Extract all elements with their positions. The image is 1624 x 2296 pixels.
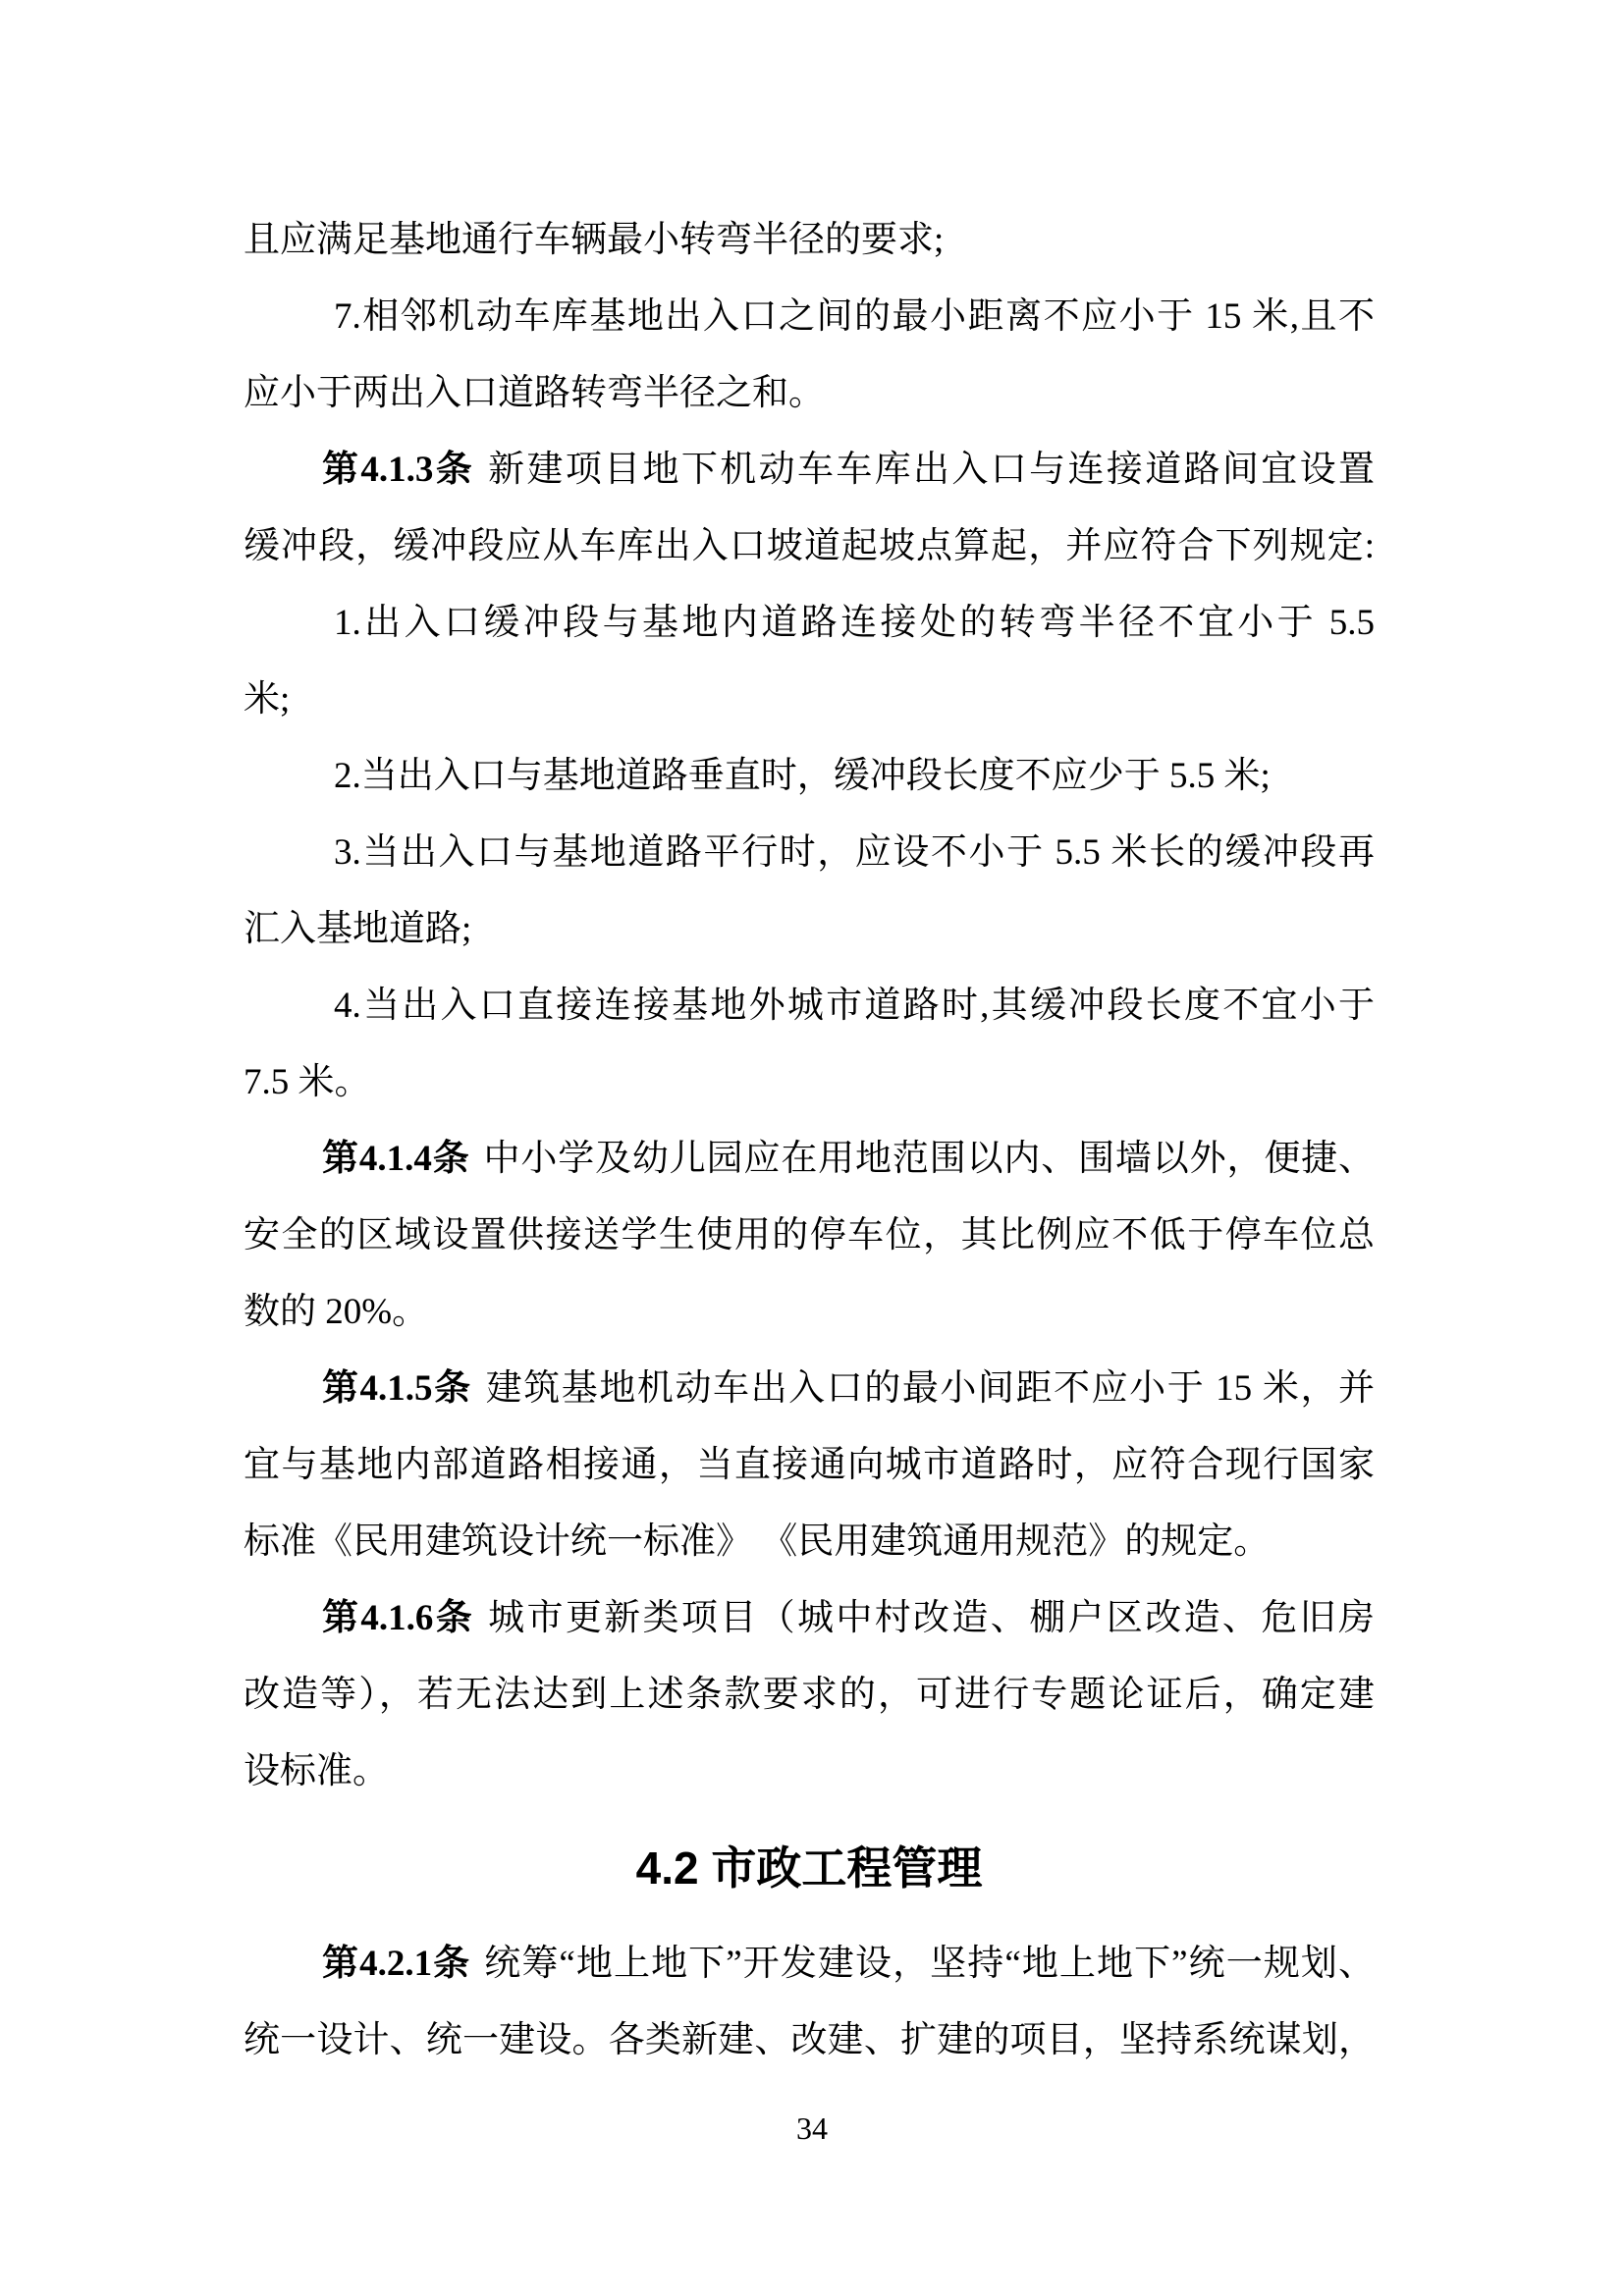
text-line: 改造等），若无法达到上述条款要求的，可进行专题论证后，确定建: [244, 1657, 1375, 1734]
line-text: 4.当出入口直接连接基地外城市道路时,其缓冲段长度不宜小于: [334, 986, 1375, 1026]
line-text: 7.相邻机动车库基地出入口之间的最小距离不应小于 15 米,且不: [334, 296, 1375, 337]
line-text: 新建项目地下机动车车库出入口与连接道路间宜设置: [488, 450, 1375, 490]
line-text: 数的 20%。: [244, 1292, 428, 1332]
line-text: 缓冲段，缓冲段应从车库出入口坡道起坡点算起，并应符合下列规定:: [244, 526, 1375, 566]
clause-number: 第4.1.5条: [322, 1368, 472, 1409]
line-text: 统筹“地上地下”开发建设，坚持“地上地下”统一规划、: [484, 1944, 1375, 1984]
line-text: 米;: [244, 679, 290, 720]
line-text: 汇入基地道路;: [244, 909, 471, 949]
line-text: 中小学及幼儿园应在用地范围以内、围墙以外，便捷、: [484, 1139, 1375, 1179]
text-line: 第4.1.4条中小学及幼儿园应在用地范围以内、围墙以外，便捷、: [244, 1121, 1375, 1198]
text-line: 1.出入口缓冲段与基地内道路连接处的转弯半径不宜小于 5.5: [244, 585, 1375, 662]
text-line: 第4.1.5条建筑基地机动车出入口的最小间距不应小于 15 米，并: [244, 1351, 1375, 1427]
line-text: 3.当出入口与基地道路平行时，应设不小于 5.5 米长的缓冲段再: [334, 832, 1375, 873]
line-text: 2.当出入口与基地道路垂直时，缓冲段长度不应少于 5.5 米;: [334, 756, 1271, 796]
text-line: 缓冲段，缓冲段应从车库出入口坡道起坡点算起，并应符合下列规定:: [244, 508, 1375, 585]
text-line: 宜与基地内部道路相接通，当直接通向城市道路时，应符合现行国家: [244, 1427, 1375, 1504]
line-text: 改造等），若无法达到上述条款要求的，可进行专题论证后，确定建: [244, 1675, 1375, 1715]
clause-number: 第4.2.1条: [322, 1944, 470, 1984]
line-text: 应小于两出入口道路转弯半径之和。: [244, 373, 825, 413]
text-line: 4.当出入口直接连接基地外城市道路时,其缓冲段长度不宜小于: [244, 968, 1375, 1044]
document-page: 且应满足基地通行车辆最小转弯半径的要求;7.相邻机动车库基地出入口之间的最小距离…: [0, 0, 1624, 2296]
text-line: 且应满足基地通行车辆最小转弯半径的要求;: [244, 202, 1375, 279]
text-line: 数的 20%。: [244, 1274, 1375, 1351]
text-line: 应小于两出入口道路转弯半径之和。: [244, 355, 1375, 432]
clause-number: 第4.1.4条: [322, 1139, 470, 1179]
text-line: 安全的区域设置供接送学生使用的停车位，其比例应不低于停车位总: [244, 1198, 1375, 1274]
line-text: 设标准。: [244, 1751, 389, 1791]
line-text: 建筑基地机动车出入口的最小间距不应小于 15 米，并: [486, 1368, 1375, 1409]
line-text: 标准《民用建筑设计统一标准》 《民用建筑通用规范》的规定。: [244, 1522, 1270, 1562]
text-line: 汇入基地道路;: [244, 891, 1375, 968]
text-line: 第4.1.3条新建项目地下机动车车库出入口与连接道路间宜设置: [244, 432, 1375, 508]
page-number: 34: [0, 2089, 1624, 2167]
text-line: 第4.1.6条城市更新类项目（城中村改造、棚户区改造、危旧房: [244, 1580, 1375, 1657]
line-text: 城市更新类项目（城中村改造、棚户区改造、危旧房: [488, 1598, 1375, 1638]
text-line: 标准《民用建筑设计统一标准》 《民用建筑通用规范》的规定。: [244, 1504, 1375, 1580]
text-line: 设标准。: [244, 1734, 1375, 1810]
line-text: 安全的区域设置供接送学生使用的停车位，其比例应不低于停车位总: [244, 1215, 1375, 1255]
line-text: 7.5 米。: [244, 1062, 371, 1102]
line-text: 宜与基地内部道路相接通，当直接通向城市道路时，应符合现行国家: [244, 1445, 1375, 1485]
text-line: 7.相邻机动车库基地出入口之间的最小距离不应小于 15 米,且不: [244, 279, 1375, 355]
text-line: 统一设计、统一建设。各类新建、改建、扩建的项目，坚持系统谋划，: [244, 2002, 1375, 2079]
line-text: 且应满足基地通行车辆最小转弯半径的要求;: [244, 220, 944, 260]
line-text: 1.出入口缓冲段与基地内道路连接处的转弯半径不宜小于 5.5: [334, 603, 1375, 643]
clause-number: 第4.1.3条: [322, 450, 474, 490]
line-text: 统一设计、统一建设。各类新建、改建、扩建的项目，坚持系统谋划，: [244, 2020, 1375, 2060]
text-line: 7.5 米。: [244, 1044, 1375, 1121]
section-heading: 4.2 市政工程管理: [244, 1810, 1375, 1926]
clause-number: 第4.1.6条: [322, 1598, 474, 1638]
text-line: 2.当出入口与基地道路垂直时，缓冲段长度不应少于 5.5 米;: [244, 738, 1375, 815]
paragraph-lines-lower: 第4.2.1条统筹“地上地下”开发建设，坚持“地上地下”统一规划、统一设计、统一…: [244, 1926, 1375, 2079]
text-line: 第4.2.1条统筹“地上地下”开发建设，坚持“地上地下”统一规划、: [244, 1926, 1375, 2002]
text-line: 米;: [244, 662, 1375, 738]
paragraph-lines-upper: 且应满足基地通行车辆最小转弯半径的要求;7.相邻机动车库基地出入口之间的最小距离…: [244, 202, 1375, 1810]
page-content: 且应满足基地通行车辆最小转弯半径的要求;7.相邻机动车库基地出入口之间的最小距离…: [244, 202, 1375, 2079]
text-line: 3.当出入口与基地道路平行时，应设不小于 5.5 米长的缓冲段再: [244, 815, 1375, 891]
